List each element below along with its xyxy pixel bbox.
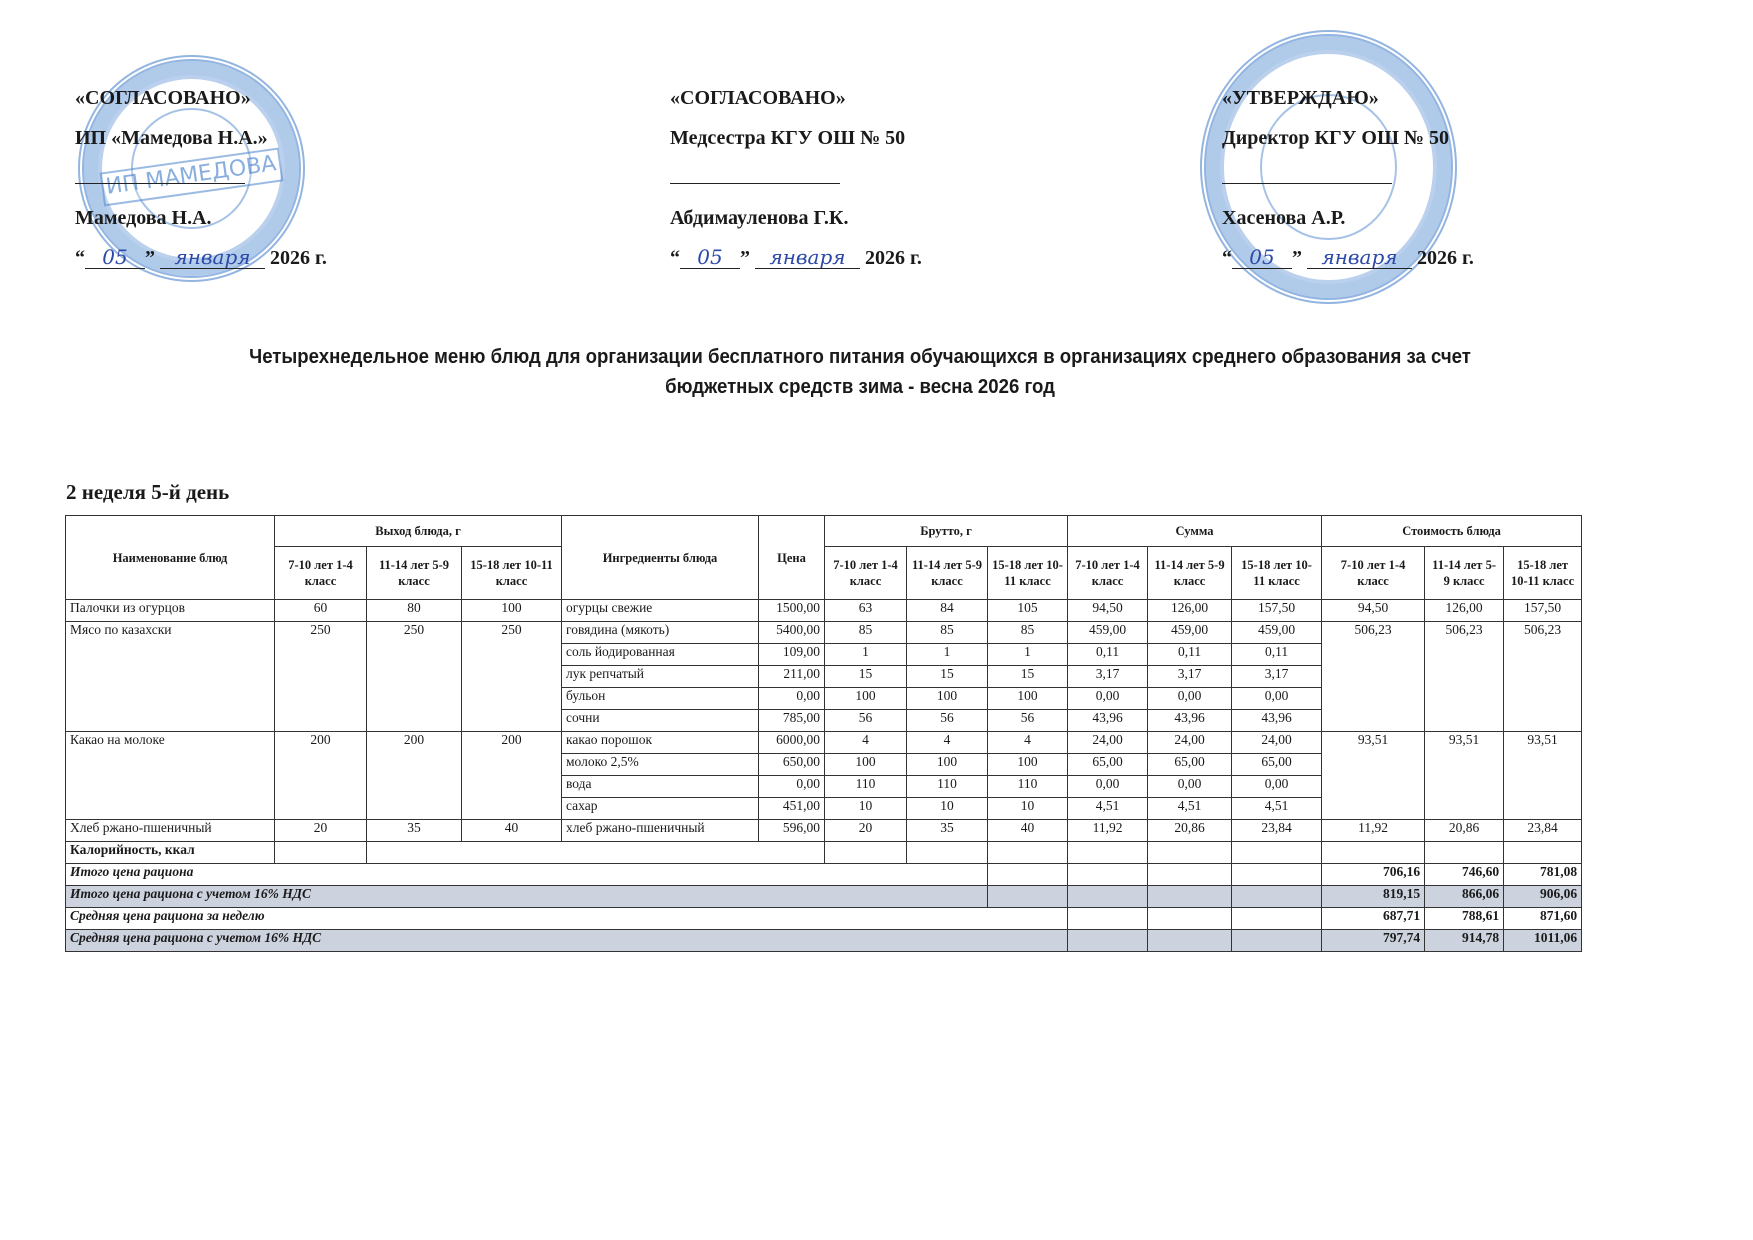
dish-cost: 93,51: [1425, 732, 1504, 820]
empty-cell: [907, 842, 988, 864]
header-age-7-10: 7-10 лет 1-4 класс: [825, 547, 907, 600]
empty-cell: [1068, 908, 1148, 930]
ingredient-sum: 20,86: [1148, 820, 1232, 842]
date-day: 05: [85, 246, 145, 269]
ingredient-sum: 126,00: [1148, 600, 1232, 622]
dish-output: 40: [462, 820, 562, 842]
dish-cost: 93,51: [1322, 732, 1425, 820]
empty-cell: [1322, 842, 1425, 864]
dish-output: 35: [367, 820, 462, 842]
summary-value: 906,06: [1504, 886, 1582, 908]
approval-heading: «УТВЕРЖДАЮ»: [1222, 78, 1474, 118]
ingredient-sum: 11,92: [1068, 820, 1148, 842]
calories-label: Калорийность, ккал: [66, 842, 275, 864]
summary-value: 1011,06: [1504, 930, 1582, 952]
ingredient-sum: 23,84: [1232, 820, 1322, 842]
header-cost-group: Стоимость блюда: [1322, 516, 1582, 547]
approval-position: ИП «Мамедова Н.А.»: [75, 118, 327, 158]
header-age-15-18: 15-18 лет 10-11 класс: [1504, 547, 1582, 600]
ingredient-sum: 94,50: [1068, 600, 1148, 622]
ingredient-name: бульон: [562, 688, 759, 710]
ingredient-sum: 0,00: [1232, 688, 1322, 710]
empty-cell: [1232, 842, 1322, 864]
ingredient-sum: 157,50: [1232, 600, 1322, 622]
ingredient-gross: 1: [907, 644, 988, 666]
dish-cost: 126,00: [1425, 600, 1504, 622]
ingredient-price: 1500,00: [759, 600, 825, 622]
ingredient-gross: 10: [907, 798, 988, 820]
empty-cell: [1148, 842, 1232, 864]
ingredient-gross: 100: [907, 754, 988, 776]
ingredient-sum: 0,00: [1148, 776, 1232, 798]
ingredient-name: говядина (мякоть): [562, 622, 759, 644]
ingredient-sum: 0,11: [1068, 644, 1148, 666]
header-gross-group: Брутто, г: [825, 516, 1068, 547]
summary-value: 746,60: [1425, 864, 1504, 886]
dish-cost: 20,86: [1425, 820, 1504, 842]
ingredient-name: вода: [562, 776, 759, 798]
approval-block-supplier: «СОГЛАСОВАНО» ИП «Мамедова Н.А.» Мамедов…: [75, 78, 327, 278]
empty-cell: [1232, 930, 1322, 952]
ingredient-sum: 65,00: [1148, 754, 1232, 776]
header-age-11-14: 11-14 лет 5-9 класс: [1148, 547, 1232, 600]
header-output-group: Выход блюда, г: [275, 516, 562, 547]
empty-cell: [1148, 886, 1232, 908]
ingredient-name: соль йодированная: [562, 644, 759, 666]
subheader-row: 7-10 лет 1-4 класс11-14 лет 5-9 класс15-…: [66, 547, 1582, 600]
ingredient-price: 650,00: [759, 754, 825, 776]
dish-cost: 506,23: [1322, 622, 1425, 732]
ingredient-gross: 56: [907, 710, 988, 732]
header-age-15-18: 15-18 лет 10-11 класс: [988, 547, 1068, 600]
ingredient-sum: 0,00: [1148, 688, 1232, 710]
ingredient-gross: 15: [988, 666, 1068, 688]
date-month: января: [755, 246, 860, 269]
ingredient-name: хлеб ржано-пшеничный: [562, 820, 759, 842]
ingredient-gross: 10: [825, 798, 907, 820]
ingredient-sum: 459,00: [1232, 622, 1322, 644]
menu-table: Наименование блюд Выход блюда, г Ингреди…: [65, 515, 1582, 952]
ingredient-sum: 459,00: [1148, 622, 1232, 644]
ingredient-sum: 0,00: [1068, 688, 1148, 710]
ingredient-price: 596,00: [759, 820, 825, 842]
dish-name: Какао на молоке: [66, 732, 275, 820]
ingredient-sum: 43,96: [1068, 710, 1148, 732]
dish-output: 250: [367, 622, 462, 732]
empty-cell: [275, 842, 367, 864]
ingredient-name: сочни: [562, 710, 759, 732]
ingredient-gross: 15: [825, 666, 907, 688]
ingredient-name: огурцы свежие: [562, 600, 759, 622]
header-age-7-10: 7-10 лет 1-4 класс: [1322, 547, 1425, 600]
header-age-7-10: 7-10 лет 1-4 класс: [275, 547, 367, 600]
ingredient-price: 6000,00: [759, 732, 825, 754]
empty-cell: [1068, 886, 1148, 908]
header-age-15-18: 15-18 лет 10-11 класс: [1232, 547, 1322, 600]
table-row: Хлеб ржано-пшеничный203540хлеб ржано-пше…: [66, 820, 1582, 842]
ingredient-gross: 35: [907, 820, 988, 842]
approval-block-director: «УТВЕРЖДАЮ» Директор КГУ ОШ № 50 Хасенов…: [1222, 78, 1474, 278]
dish-output: 20: [275, 820, 367, 842]
empty-cell: [988, 886, 1068, 908]
dish-cost: 157,50: [1504, 600, 1582, 622]
approval-name: Мамедова Н.А.: [75, 198, 327, 238]
table-row: Палочки из огурцов6080100огурцы свежие15…: [66, 600, 1582, 622]
ingredient-price: 785,00: [759, 710, 825, 732]
ingredient-gross: 100: [988, 688, 1068, 710]
ingredient-sum: 24,00: [1232, 732, 1322, 754]
dish-name: Хлеб ржано-пшеничный: [66, 820, 275, 842]
approval-name: Абдимауленова Г.К.: [670, 198, 922, 238]
empty-cell: [1148, 930, 1232, 952]
approval-heading: «СОГЛАСОВАНО»: [670, 78, 922, 118]
ingredient-gross: 100: [825, 754, 907, 776]
day-label: 2 неделя 5-й день: [66, 480, 229, 505]
dish-cost: 93,51: [1504, 732, 1582, 820]
date-month: января: [160, 246, 265, 269]
dish-output: 60: [275, 600, 367, 622]
ingredient-gross: 10: [988, 798, 1068, 820]
empty-cell: [367, 842, 825, 864]
ingredient-price: 211,00: [759, 666, 825, 688]
summary-label: Средняя цена рациона за неделю: [66, 908, 1068, 930]
empty-cell: [1068, 930, 1148, 952]
ingredient-sum: 459,00: [1068, 622, 1148, 644]
header-age-7-10: 7-10 лет 1-4 класс: [1068, 547, 1148, 600]
summary-row: Средняя цена рациона с учетом 16% НДС797…: [66, 930, 1582, 952]
menu-body: Палочки из огурцов6080100огурцы свежие15…: [66, 600, 1582, 952]
empty-cell: [1232, 886, 1322, 908]
ingredient-price: 5400,00: [759, 622, 825, 644]
ingredient-sum: 0,11: [1148, 644, 1232, 666]
header-dish-name: Наименование блюд: [66, 516, 275, 600]
date-year: 2026 г.: [270, 247, 327, 269]
signature-line: [670, 161, 840, 184]
ingredient-sum: 65,00: [1068, 754, 1148, 776]
date-year: 2026 г.: [1417, 247, 1474, 269]
header-age-11-14: 11-14 лет 5-9 класс: [907, 547, 988, 600]
ingredient-gross: 15: [907, 666, 988, 688]
ingredient-gross: 4: [825, 732, 907, 754]
ingredient-sum: 24,00: [1068, 732, 1148, 754]
empty-cell: [988, 864, 1068, 886]
empty-cell: [988, 842, 1068, 864]
empty-cell: [1068, 842, 1148, 864]
ingredient-gross: 84: [907, 600, 988, 622]
ingredient-sum: 43,96: [1232, 710, 1322, 732]
ingredient-price: 0,00: [759, 688, 825, 710]
ingredient-sum: 4,51: [1068, 798, 1148, 820]
dish-output: 100: [462, 600, 562, 622]
summary-row: Итого цена рациона с учетом 16% НДС819,1…: [66, 886, 1582, 908]
ingredient-gross: 4: [907, 732, 988, 754]
approval-date: “05” января 2026 г.: [1222, 238, 1474, 278]
summary-value: 781,08: [1504, 864, 1582, 886]
summary-value: 871,60: [1504, 908, 1582, 930]
summary-row: Средняя цена рациона за неделю687,71788,…: [66, 908, 1582, 930]
ingredient-name: молоко 2,5%: [562, 754, 759, 776]
ingredient-sum: 4,51: [1232, 798, 1322, 820]
calories-row: Калорийность, ккал: [66, 842, 1582, 864]
approval-date: “05” января 2026 г.: [670, 238, 922, 278]
header-age-15-18: 15-18 лет 10-11 класс: [462, 547, 562, 600]
summary-value: 819,15: [1322, 886, 1425, 908]
ingredient-gross: 4: [988, 732, 1068, 754]
ingredient-sum: 4,51: [1148, 798, 1232, 820]
ingredient-price: 109,00: [759, 644, 825, 666]
document-title: Четырехнедельное меню блюд для организац…: [116, 342, 1604, 402]
summary-label: Средняя цена рациона с учетом 16% НДС: [66, 930, 1068, 952]
dish-output: 250: [275, 622, 367, 732]
ingredient-sum: 3,17: [1068, 666, 1148, 688]
dish-cost: 94,50: [1322, 600, 1425, 622]
dish-name: Палочки из огурцов: [66, 600, 275, 622]
empty-cell: [825, 842, 907, 864]
ingredient-gross: 105: [988, 600, 1068, 622]
table-row: Мясо по казахски250250250говядина (мякот…: [66, 622, 1582, 644]
dish-output: 200: [462, 732, 562, 820]
ingredient-name: сахар: [562, 798, 759, 820]
table-row: Какао на молоке200200200какао порошок600…: [66, 732, 1582, 754]
ingredient-sum: 3,17: [1148, 666, 1232, 688]
empty-cell: [1148, 908, 1232, 930]
summary-row: Итого цена рациона706,16746,60781,08: [66, 864, 1582, 886]
approval-position: Директор КГУ ОШ № 50: [1222, 118, 1474, 158]
ingredient-name: какао порошок: [562, 732, 759, 754]
ingredient-price: 0,00: [759, 776, 825, 798]
dish-cost: 506,23: [1425, 622, 1504, 732]
approval-block-nurse: «СОГЛАСОВАНО» Медсестра КГУ ОШ № 50 Абди…: [670, 78, 922, 278]
ingredient-name: лук репчатый: [562, 666, 759, 688]
approval-date: “05” января 2026 г.: [75, 238, 327, 278]
approval-heading: «СОГЛАСОВАНО»: [75, 78, 327, 118]
ingredient-sum: 24,00: [1148, 732, 1232, 754]
empty-cell: [1232, 864, 1322, 886]
dish-output: 250: [462, 622, 562, 732]
empty-cell: [1068, 864, 1148, 886]
ingredient-gross: 1: [825, 644, 907, 666]
summary-value: 706,16: [1322, 864, 1425, 886]
ingredient-gross: 100: [907, 688, 988, 710]
dish-name: Мясо по казахски: [66, 622, 275, 732]
empty-cell: [1148, 864, 1232, 886]
summary-label: Итого цена рациона: [66, 864, 988, 886]
ingredient-gross: 63: [825, 600, 907, 622]
dish-output: 200: [275, 732, 367, 820]
ingredient-gross: 110: [988, 776, 1068, 798]
ingredient-gross: 20: [825, 820, 907, 842]
empty-cell: [1232, 908, 1322, 930]
ingredient-gross: 85: [988, 622, 1068, 644]
date-day: 05: [1232, 246, 1292, 269]
ingredient-sum: 3,17: [1232, 666, 1322, 688]
dish-output: 200: [367, 732, 462, 820]
title-line-1: Четырехнедельное меню блюд для организац…: [116, 342, 1604, 372]
ingredient-gross: 56: [988, 710, 1068, 732]
ingredient-gross: 100: [825, 688, 907, 710]
approval-position: Медсестра КГУ ОШ № 50: [670, 118, 922, 158]
empty-cell: [1425, 842, 1504, 864]
ingredient-price: 451,00: [759, 798, 825, 820]
dish-cost: 23,84: [1504, 820, 1582, 842]
summary-value: 866,06: [1425, 886, 1504, 908]
ingredient-gross: 1: [988, 644, 1068, 666]
ingredient-sum: 0,00: [1232, 776, 1322, 798]
signature-line: [1222, 161, 1392, 184]
summary-value: 914,78: [1425, 930, 1504, 952]
title-line-2: бюджетных средств зима - весна 2026 год: [116, 372, 1604, 402]
summary-label: Итого цена рациона с учетом 16% НДС: [66, 886, 988, 908]
header-age-11-14: 11-14 лет 5-9 класс: [1425, 547, 1504, 600]
date-month: января: [1307, 246, 1412, 269]
approval-name: Хасенова А.Р.: [1222, 198, 1474, 238]
empty-cell: [1504, 842, 1582, 864]
dish-cost: 11,92: [1322, 820, 1425, 842]
ingredient-gross: 85: [825, 622, 907, 644]
ingredient-gross: 100: [988, 754, 1068, 776]
ingredient-gross: 110: [825, 776, 907, 798]
dish-cost: 506,23: [1504, 622, 1582, 732]
signature-line: [75, 161, 245, 184]
ingredient-sum: 0,11: [1232, 644, 1322, 666]
header-age-11-14: 11-14 лет 5-9 класс: [367, 547, 462, 600]
dish-output: 80: [367, 600, 462, 622]
header-sum-group: Сумма: [1068, 516, 1322, 547]
ingredient-gross: 110: [907, 776, 988, 798]
ingredient-gross: 40: [988, 820, 1068, 842]
date-day: 05: [680, 246, 740, 269]
ingredient-gross: 85: [907, 622, 988, 644]
header-ingredients: Ингредиенты блюда: [562, 516, 759, 600]
summary-value: 797,74: [1322, 930, 1425, 952]
date-year: 2026 г.: [865, 247, 922, 269]
ingredient-gross: 56: [825, 710, 907, 732]
ingredient-sum: 0,00: [1068, 776, 1148, 798]
ingredient-sum: 43,96: [1148, 710, 1232, 732]
summary-value: 788,61: [1425, 908, 1504, 930]
summary-value: 687,71: [1322, 908, 1425, 930]
header-price: Цена: [759, 516, 825, 600]
ingredient-sum: 65,00: [1232, 754, 1322, 776]
